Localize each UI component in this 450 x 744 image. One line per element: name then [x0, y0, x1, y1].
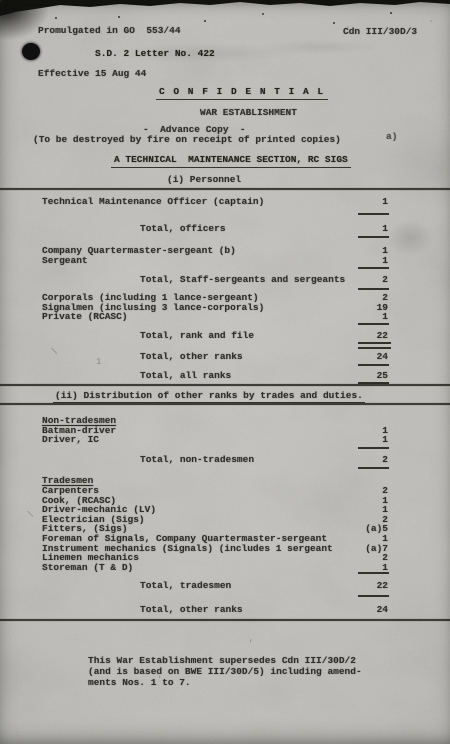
value-underline	[358, 467, 389, 469]
section-ii-heading: (ii) Distribution of other ranks by trad…	[53, 391, 365, 403]
row-label: Total, other ranks	[140, 605, 243, 615]
value-underline	[358, 595, 389, 597]
effective-date: Effective 15 Aug 44	[38, 69, 146, 79]
value-underline	[358, 267, 389, 269]
table-row: Total, rank and file22	[0, 331, 450, 341]
punch-hole	[22, 43, 40, 60]
footer-line: (and is based on BWE III/30D/5) includin…	[88, 667, 362, 677]
footer-line: ments Nos. 1 to 7.	[88, 678, 191, 688]
destroy-note: (To be destroyed by fire on receipt of p…	[33, 135, 341, 145]
value-underline	[358, 323, 389, 325]
horizontal-rule	[0, 619, 450, 621]
row-value: 25	[377, 371, 388, 381]
row-label: Total, officers	[140, 224, 226, 234]
scan-edge-top	[0, 0, 450, 18]
scan-artifact-mark: '	[248, 640, 253, 649]
row-label: Driver, IC	[42, 435, 99, 445]
row-value: 22	[377, 581, 388, 591]
double-total-underline	[358, 342, 391, 349]
value-underline	[358, 213, 389, 215]
document-title: A TECHNICAL MAINTENANCE SECTION, RC SIGS	[111, 155, 351, 168]
value-underline	[358, 288, 389, 290]
row-label: Total, tradesmen	[140, 581, 231, 591]
row-label: Sergeant	[42, 256, 88, 266]
table-row: Private (RCASC)1	[0, 312, 450, 322]
table-row: Total, tradesmen22	[0, 581, 450, 591]
sd-letter-number: S.D. 2 Letter No. 422	[95, 49, 215, 59]
value-underline	[358, 236, 389, 238]
table-row: Driver, IC1	[0, 435, 450, 445]
row-value: 2	[382, 455, 388, 465]
row-label: Private (RCASC)	[42, 312, 128, 322]
table-row: Sergeant1	[0, 256, 450, 266]
row-value: 1	[382, 435, 388, 445]
reference-number: Cdn III/30D/3	[343, 27, 417, 37]
table-row: Total, Staff-sergeants and sergeants2	[0, 275, 450, 285]
scan-artifact-mark: 1	[96, 358, 101, 367]
row-label: Storeman (T & D)	[42, 563, 133, 573]
row-value: 1	[382, 197, 388, 207]
horizontal-rule	[0, 384, 450, 386]
classification-banner: C O N F I D E N T I A L	[156, 87, 328, 100]
row-value: 1	[382, 224, 388, 234]
table-row: Total, all ranks25	[0, 371, 450, 381]
row-label: Total, non-tradesmen	[140, 455, 254, 465]
table-row: Total, non-tradesmen2	[0, 455, 450, 465]
row-label: Total, rank and file	[140, 331, 254, 341]
row-label: Total, all ranks	[140, 371, 231, 381]
scan-dust-specks	[0, 0, 2, 2]
value-underline	[358, 364, 389, 366]
row-value: 2	[382, 275, 388, 285]
row-value: 1	[382, 563, 388, 573]
row-value: 24	[377, 352, 388, 362]
table-row: Storeman (T & D)1	[0, 563, 450, 573]
personnel-table: Technical Maintenance Officer (captain)1…	[0, 197, 450, 384]
distribution-table: Non-tradesmenBatman-driver1Driver, IC1To…	[0, 412, 450, 615]
row-value: 22	[377, 331, 388, 341]
footer-line: This War Establishment supersedes Cdn II…	[88, 656, 356, 666]
value-underline	[358, 447, 389, 449]
section-i-heading: (i) Personnel	[167, 175, 241, 185]
table-row: Total, other ranks24	[0, 352, 450, 362]
row-label: Total, Staff-sergeants and sergeants	[140, 275, 345, 285]
row-label: Total, other ranks	[140, 352, 243, 362]
row-label: Technical Maintenance Officer (captain)	[42, 197, 264, 207]
horizontal-rule	[0, 403, 450, 405]
horizontal-rule	[0, 188, 450, 190]
row-value: 1	[382, 312, 388, 322]
margin-annotation: a)	[386, 132, 397, 142]
scanned-document-page: Promulgated in GO 553/44 Cdn III/30D/3 S…	[0, 0, 450, 744]
row-value: 1	[382, 256, 388, 266]
table-row: Total, officers1	[0, 224, 450, 234]
scan-artifact-mark: '	[157, 676, 162, 685]
table-row: Technical Maintenance Officer (captain)1	[0, 197, 450, 207]
table-row: Total, other ranks24	[0, 605, 450, 615]
row-value: 24	[377, 605, 388, 615]
promulgated-note: Promulgated in GO 553/44	[38, 26, 181, 36]
establishment-heading: WAR ESTABLISHMENT	[200, 108, 297, 118]
